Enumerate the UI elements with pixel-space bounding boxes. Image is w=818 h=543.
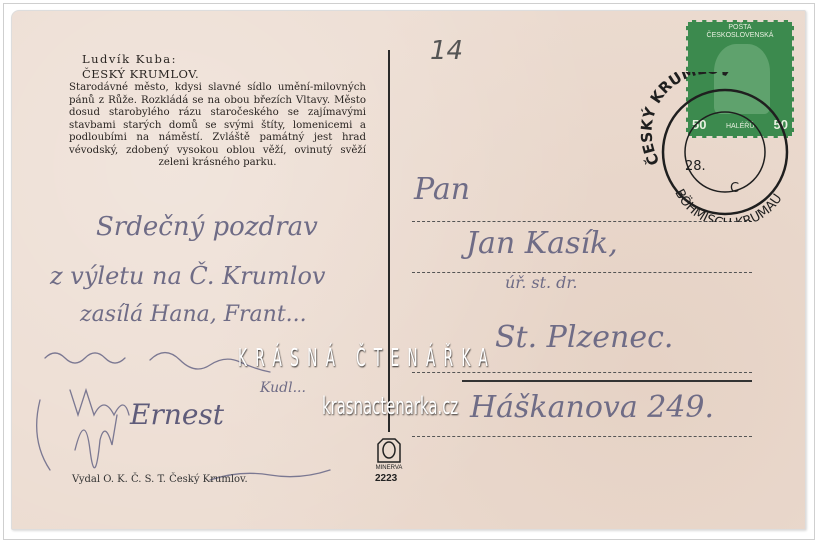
message-line-3: zasílá Hana, Frant... [80,302,307,327]
printed-title: ČESKÝ KRUMLOV. [82,67,199,81]
svg-text:MINERVA: MINERVA [376,465,403,470]
handwritten-number: 14 [430,36,463,66]
postmark-icon: ČESKÝ KRUMLOV BÖHMISCH KRUMAU 28. C [640,72,790,222]
address-street: Háškanova 249. [470,390,714,425]
stamp-header-1: POŠTA [688,24,792,32]
address-line-solid [462,380,752,382]
svg-text:C: C [730,181,739,196]
svg-text:28.: 28. [685,159,706,174]
stamp-header-2: ČESKOSLOVENSKÁ [688,32,792,40]
message-line-2: z výletu na Č. Krumlov [50,262,325,290]
address-city: St. Plzenec. [495,320,673,355]
address-title: úř. st. dr. [505,273,577,292]
minerva-logo-icon: MINERVA [374,436,404,470]
address-line-4 [412,436,752,437]
address-name: Jan Kasík, [466,226,618,261]
printed-description: Starodávné město, kdysi slavné sídlo umě… [69,82,366,170]
catalog-number: 2223 [375,473,397,484]
message-line-1: Srdečný pozdrav [96,212,318,242]
watermark-url: krasnactenarka.cz [322,392,458,420]
card-divider [388,50,390,432]
publisher-line: Vydal O. K. Č. S. T. Český Krumlov. [72,474,248,485]
watermark-title: KRÁSNÁ ČTENÁŘKA [238,343,496,372]
address-line-3 [412,372,752,373]
printed-author: Ludvík Kuba: [82,52,177,66]
svg-text:ČESKÝ KRUMLOV: ČESKÝ KRUMLOV [640,72,734,169]
address-salutation: Pan [414,172,470,207]
address-line-2 [412,272,752,273]
